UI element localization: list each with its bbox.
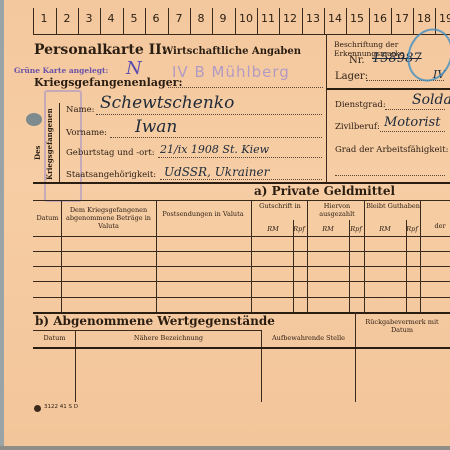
tag-nr-label: Nr.	[349, 55, 365, 66]
profession-value: Motorist	[384, 115, 440, 130]
work-ability-dotline	[335, 175, 445, 176]
col-hiervon-ausgezahlt: Hiervon ausgezahlt	[310, 202, 364, 218]
section-b-title: b) Abgenommene Wertgegenstände	[35, 314, 275, 328]
section-b-subheader-rule	[33, 330, 261, 331]
b-col-datum: Datum	[34, 334, 75, 342]
rank-dotline	[385, 109, 445, 110]
table-row	[33, 281, 450, 282]
number-cell: 1	[33, 12, 55, 25]
work-ability-label: Grad der Arbeitsfähigkeit:	[335, 145, 449, 155]
printer-mark-icon	[34, 405, 41, 412]
scan-edge-bottom	[0, 446, 450, 450]
vorname-dotline	[110, 137, 322, 138]
number-cell: 15	[346, 12, 368, 25]
camp-stamp: IV B Mühlberg	[172, 63, 290, 81]
b-col-naehere-bezeichnung: Nähere Bezeichnung	[76, 334, 261, 342]
profession-label: Zivilberuf:	[335, 122, 380, 132]
number-cell: 4	[100, 12, 122, 25]
prisoner-side-rule	[59, 103, 60, 183]
tag-divider	[326, 34, 327, 182]
green-card-label: Grüne Karte angelegt:	[14, 66, 108, 75]
section-a-title: a) Private Geldmittel	[254, 184, 395, 198]
section-a-header-top	[33, 200, 450, 201]
vorname-label: Vorname:	[66, 128, 107, 138]
table-row	[33, 251, 450, 252]
number-cell: 7	[168, 12, 190, 25]
number-cell: 5	[123, 12, 145, 25]
section-b-sep-3	[355, 312, 356, 402]
name-dotline	[96, 114, 322, 115]
number-cell: 3	[78, 12, 100, 25]
birth-label: Geburtstag und -ort:	[66, 148, 155, 158]
punch-hole	[26, 113, 42, 126]
birth-dotline	[158, 157, 322, 158]
birth-value: 21/ix 1908 St. Kiew	[160, 143, 269, 156]
card-subtitle: Wirtschaftliche Angaben	[162, 46, 301, 57]
camp-dotline	[168, 87, 323, 88]
section-b-header-bottom	[33, 347, 450, 349]
number-cell: 19	[435, 12, 450, 25]
col-datum: Datum	[34, 214, 61, 222]
number-cell: 17	[391, 12, 413, 25]
b-col-rueckgabevermerk: Rückgabevermerk mit Datum	[362, 318, 442, 334]
card-title: Personalkarte II:	[34, 42, 167, 58]
guthaben-rm: RM	[370, 225, 400, 233]
section-a-header-bottom	[33, 236, 450, 237]
col-postsendungen: Postsendungen in Valuta	[157, 210, 249, 218]
col-sep-2	[156, 200, 157, 312]
col-bleibt-guthaben: Bleibt Guthaben	[366, 202, 420, 210]
side-label-des: Des	[33, 146, 42, 160]
name-label: Name:	[66, 105, 94, 115]
profession-dotline	[380, 131, 445, 132]
number-cell: 6	[145, 12, 167, 25]
gutschrift-rm: RM	[258, 225, 288, 233]
nationality-dotline	[160, 179, 322, 180]
table-row	[33, 297, 450, 298]
number-cell: 9	[212, 12, 234, 25]
b-col-aufbewahrende-stelle: Aufbewahrende Stelle	[262, 334, 355, 342]
name-value: Schewtschenko	[100, 93, 234, 113]
vorname-value: Iwan	[135, 117, 177, 137]
col-sep-5	[364, 200, 365, 312]
number-cell: 10	[235, 12, 257, 25]
number-cell: 12	[279, 12, 301, 25]
col-abgenommene-betraege: Dem Kriegsgefangenen abgenommene Beträge…	[62, 206, 155, 230]
print-code: 3122 41 S D	[44, 404, 78, 410]
ausgezahlt-rpf: Rpf	[348, 225, 364, 233]
tag-lager-label: Lager:	[335, 71, 368, 82]
nationality-label: Staatsangehörigkeit:	[66, 170, 156, 180]
col-sep-3	[251, 200, 252, 312]
col-der: der	[430, 222, 450, 230]
rank-value: Soldat	[412, 92, 450, 108]
number-strip-baseline	[33, 34, 450, 35]
col-gutschrift: Gutschrift in	[253, 202, 307, 210]
number-cell: 13	[302, 12, 324, 25]
number-cell: 14	[324, 12, 346, 25]
number-cell: 16	[369, 12, 391, 25]
col-sep-1	[61, 200, 62, 312]
number-cell: 11	[257, 12, 279, 25]
ausgezahlt-rm: RM	[313, 225, 343, 233]
table-row	[33, 266, 450, 267]
tag-bottom-rule	[326, 88, 450, 90]
camp-label: Kriegsgefangenenlager:	[34, 76, 183, 89]
col-sep-4	[307, 200, 308, 312]
number-cell: 2	[56, 12, 78, 25]
number-cell: 8	[190, 12, 212, 25]
col-sep-6	[420, 200, 421, 312]
side-label-kriegsgefangenen: Kriegsgefangenen	[45, 108, 54, 180]
number-cell: 18	[413, 12, 435, 25]
nationality-value: UdSSR, Ukrainer	[164, 165, 269, 179]
rank-label: Dienstgrad:	[335, 100, 386, 110]
